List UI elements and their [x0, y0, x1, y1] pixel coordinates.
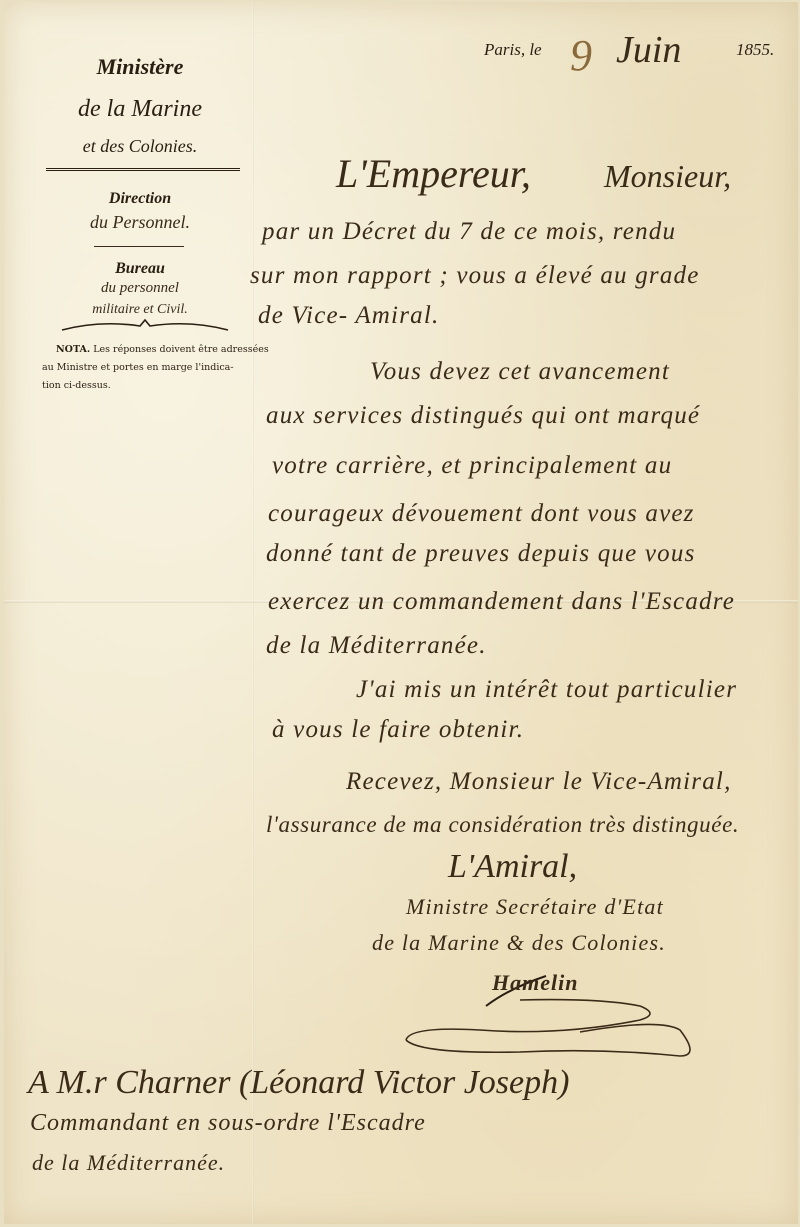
salutation-right: Monsieur,: [604, 158, 731, 195]
signature: Hamelin: [492, 970, 578, 996]
date-month: Juin: [616, 28, 681, 72]
body-line: de Vice- Amiral.: [258, 302, 439, 330]
bureau-value-2: militaire et Civil.: [40, 302, 240, 318]
closing-role-2: de la Marine & des Colonies.: [372, 930, 666, 956]
body-line: à vous le faire obtenir.: [272, 716, 524, 744]
body-line: votre carrière, et principalement au: [272, 452, 672, 480]
nota-line-3: tion ci-dessus.: [42, 380, 111, 391]
date-year: 1855.: [736, 40, 774, 60]
date-place: Paris, le: [484, 40, 542, 60]
body-line: J'ai mis un intérêt tout particulier: [356, 676, 737, 704]
body-line: Vous devez cet avancement: [370, 358, 670, 386]
ministry-line-1: Ministère: [40, 54, 240, 80]
brace-ornament: [60, 318, 230, 332]
date-day: 9: [570, 30, 592, 81]
direction-value: du Personnel.: [40, 212, 240, 233]
addressee-line-1: A M.r Charner (Léonard Victor Joseph): [28, 1064, 569, 1102]
nota-line-2: au Ministre et portes en marge l'indica-: [42, 362, 234, 373]
letterhead-rule: [46, 168, 240, 171]
body-line: l'assurance de ma considération très dis…: [266, 812, 739, 838]
salutation-left: L'Empereur,: [336, 150, 531, 197]
body-line: aux services distingués qui ont marqué: [266, 402, 700, 430]
nota-label: NOTA.: [56, 344, 90, 355]
addressee-line-2: Commandant en sous-ordre l'Escadre: [30, 1110, 426, 1137]
direction-label: Direction: [40, 190, 240, 208]
body-line: de la Méditerranée.: [266, 632, 487, 660]
nota-line-1: NOTA. Les réponses doivent être adressée…: [56, 344, 269, 355]
body-line: Recevez, Monsieur le Vice-Amiral,: [346, 768, 732, 796]
closing-role-1: Ministre Secrétaire d'Etat: [406, 894, 664, 920]
closing-title: L'Amiral,: [448, 848, 577, 886]
body-line: exercez un commandement dans l'Escadre: [268, 588, 735, 616]
ministry-line-3: et des Colonies.: [40, 136, 240, 157]
bureau-label: Bureau: [40, 260, 240, 278]
body-line: donné tant de preuves depuis que vous: [266, 540, 696, 568]
bureau-value-1: du personnel: [40, 280, 240, 297]
body-line: sur mon rapport ; vous a élevé au grade: [250, 262, 700, 290]
nota-text-1: Les réponses doivent être adressées: [93, 344, 269, 355]
body-line: par un Décret du 7 de ce mois, rendu: [262, 218, 676, 246]
body-line: courageux dévouement dont vous avez: [268, 500, 695, 528]
ministry-line-2: de la Marine: [40, 96, 240, 123]
fold-crease-vertical: [252, 2, 254, 1224]
direction-rule: [94, 246, 184, 247]
addressee-line-3: de la Méditerranée.: [32, 1150, 225, 1176]
